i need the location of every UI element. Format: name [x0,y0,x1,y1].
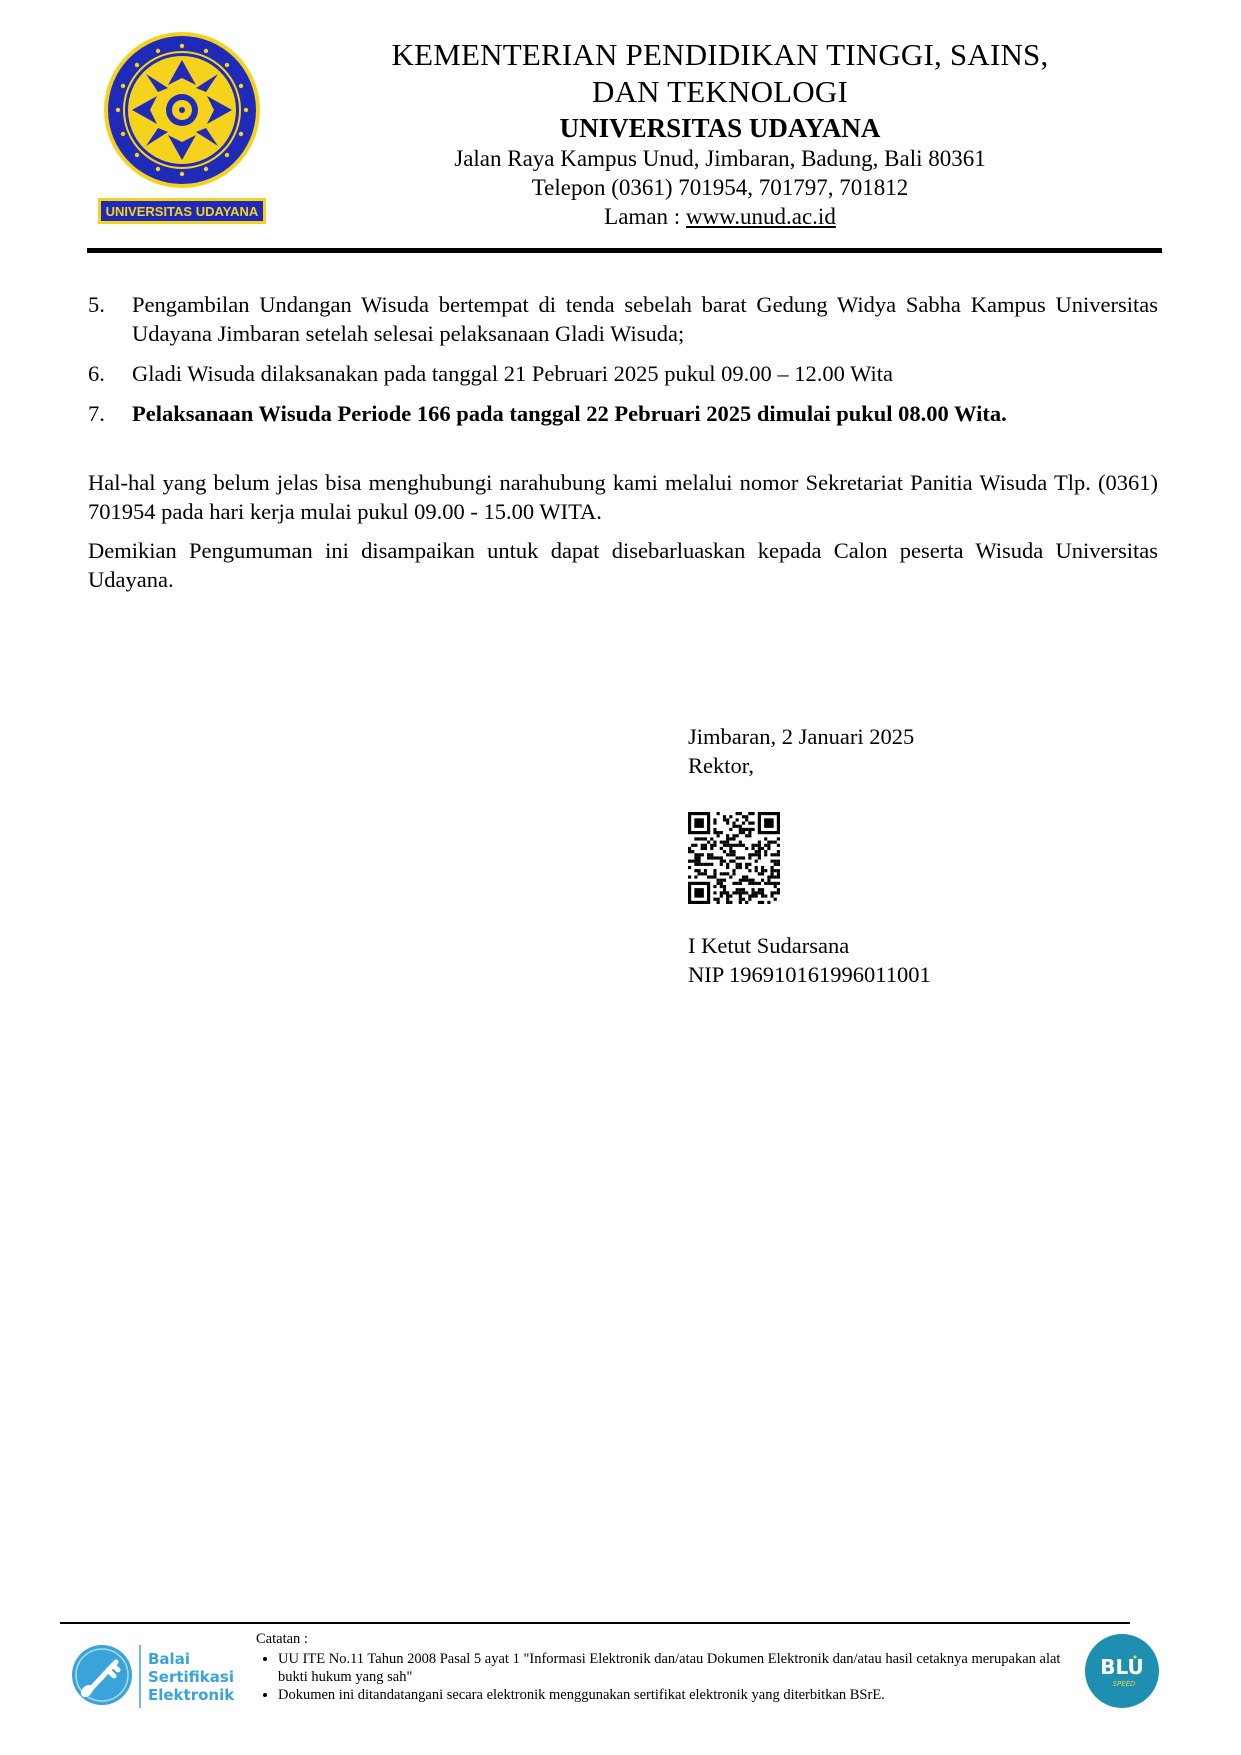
closing-paragraph: Demikian Pengumuman ini disampaikan untu… [88,536,1158,594]
website-link[interactable]: www.unud.ac.id [686,204,836,229]
list-item: 6. Gladi Wisuda dilaksanakan pada tangga… [88,359,1158,388]
svg-text:Elektronik: Elektronik [148,1686,235,1704]
university-name: UNIVERSITAS UDAYANA [300,112,1140,144]
svg-text:BLU: BLU [1100,1655,1144,1679]
ministry-name-line1: KEMENTERIAN PENDIDIKAN TINGGI, SAINS, [300,36,1140,73]
bsre-logo: Balai Sertifikasi Elektronik [68,1640,248,1710]
note-item: UU ITE No.11 Tahun 2008 Pasal 5 ayat 1 "… [278,1650,1086,1686]
list-number: 5. [88,290,132,348]
list-item: 5. Pengambilan Undangan Wisuda bertempat… [88,290,1158,348]
list-text: Pelaksanaan Wisuda Periode 166 pada tang… [132,399,1158,428]
phone: Telepon (0361) 701954, 701797, 701812 [300,173,1140,202]
signer-position: Rektor, [688,751,931,780]
notes-title: Catatan : [256,1630,1086,1648]
footer-notes: Catatan : UU ITE No.11 Tahun 2008 Pasal … [256,1630,1086,1704]
svg-text:SPEED: SPEED [1113,1680,1137,1688]
list-text: Pengambilan Undangan Wisuda bertempat di… [132,290,1158,348]
notes-list: UU ITE No.11 Tahun 2008 Pasal 5 ayat 1 "… [256,1650,1086,1704]
letterhead: KEMENTERIAN PENDIDIKAN TINGGI, SAINS, DA… [300,36,1140,231]
website-line: Laman : www.unud.ac.id [300,202,1140,231]
university-logo: UNIVERSITAS UDAYANA [96,30,268,226]
signature-block: Jimbaran, 2 Januari 2025 Rektor, I Ketut… [688,722,931,989]
list-item: 7. Pelaksanaan Wisuda Periode 166 pada t… [88,399,1158,428]
header-divider [87,248,1162,253]
svg-text:Balai: Balai [148,1650,190,1668]
ministry-name-line2: DAN TEKNOLOGI [300,73,1140,110]
document-body: 5. Pengambilan Undangan Wisuda bertempat… [88,290,1158,604]
list-number: 6. [88,359,132,388]
list-number: 7. [88,399,132,428]
note-item: Dokumen ini ditandatangani secara elektr… [278,1686,1086,1704]
svg-text:UNIVERSITAS UDAYANA: UNIVERSITAS UDAYANA [106,204,259,219]
contact-paragraph: Hal-hal yang belum jelas bisa menghubung… [88,468,1158,526]
blu-speed-logo: BLU SPEED [1084,1633,1160,1709]
footer-divider [60,1622,1130,1624]
place-date: Jimbaran, 2 Januari 2025 [688,722,931,751]
list-text: Gladi Wisuda dilaksanakan pada tanggal 2… [132,359,1158,388]
svg-text:Sertifikasi: Sertifikasi [148,1668,234,1686]
website-label: Laman : [604,204,686,229]
address: Jalan Raya Kampus Unud, Jimbaran, Badung… [300,144,1140,173]
signer-name: I Ketut Sudarsana [688,931,931,960]
qr-code-icon [688,812,780,904]
signer-nip: NIP 196910161996011001 [688,960,931,989]
